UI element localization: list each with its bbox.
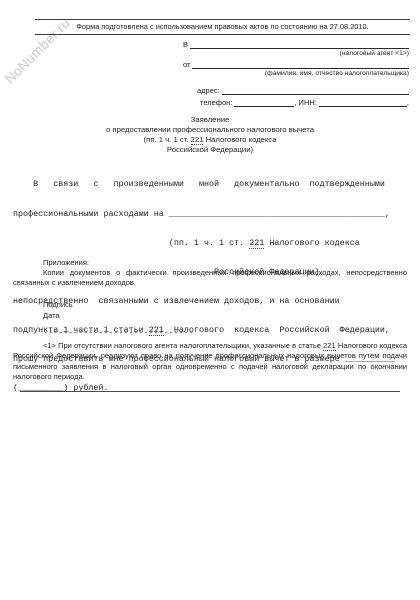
address-label: адрес: (197, 86, 220, 95)
inn-trailing-comma: , (407, 98, 409, 107)
document-page: NoNumber.ru Форма подготовлена с использ… (0, 0, 420, 600)
attachments-section: Приложения: Копии документов о фактическ… (13, 258, 407, 289)
body-line3-suffix: Налогового кодекса (264, 238, 360, 248)
attachments-text: Копии документов о фактически произведен… (13, 268, 407, 288)
title-line2: о предоставлении профессионального налог… (0, 125, 420, 135)
attachments-heading: Приложения: (43, 258, 407, 268)
article-221-reference: 221 (323, 341, 336, 351)
header-note: Форма подготовлена с использованием прав… (35, 19, 410, 35)
inn-blank-line (319, 99, 407, 107)
article-221-reference: 221 (249, 238, 264, 249)
from-hint: (фамилия, имя, отчество налогоплательщик… (183, 70, 409, 77)
address-blank-line (222, 87, 409, 95)
footnote-separator: ------------------------------ (43, 329, 194, 339)
to-blank-line (190, 41, 409, 49)
to-row: В (183, 40, 409, 49)
document-title: Заявление о предоставлении профессиональ… (0, 115, 420, 155)
from-row: от (183, 60, 409, 69)
title-line3-suffix: Налогового кодекса (203, 135, 276, 144)
address-row: адрес: (183, 86, 409, 95)
body-line3-prefix: (пп. 1 ч. 1 ст. (13, 238, 249, 248)
body-line1: В связи с произведенными мной документал… (13, 180, 395, 190)
phone-blank-line (234, 99, 294, 107)
title-line4: Российской Федерации) (0, 145, 420, 155)
footnote-text: <1> При отсутствии налогового агента нал… (13, 341, 407, 382)
to-hint: (налоговый агент <1>) (183, 50, 409, 57)
to-label: В (183, 40, 188, 49)
body-line3: (пп. 1 ч. 1 ст. 221 Налогового кодекса (13, 239, 395, 249)
title-line1: Заявление (0, 115, 420, 125)
title-line3-prefix: (пп. 1 ч. 1 ст. (144, 135, 191, 144)
from-blank-line (192, 61, 409, 69)
phone-row: телефон: , ИНН: , (183, 98, 409, 107)
body-line2: профессиональными расходами на _________… (13, 210, 395, 220)
inn-label: , ИНН: (294, 98, 316, 107)
footnote-prefix: <1> При отсутствии налогового агента нал… (43, 341, 323, 350)
body-line6-suffix: Налогового кодекса Российской Федерации, (164, 325, 390, 335)
article-221-reference: 221 (191, 135, 204, 145)
title-line3: (пп. 1 ч. 1 ст. 221 Налогового кодекса (0, 135, 420, 145)
from-label: от (183, 60, 190, 69)
signature-block: Подпись Дата (43, 300, 73, 321)
bottom-divider (20, 391, 400, 392)
date-label: Дата (43, 311, 73, 322)
recipient-block: В (налоговый агент <1>) от (фамилия, имя… (183, 40, 409, 107)
body-line8: (_________) рублей. (13, 384, 395, 394)
phone-label: телефон: (200, 98, 232, 107)
signature-label: Подпись (43, 300, 73, 311)
